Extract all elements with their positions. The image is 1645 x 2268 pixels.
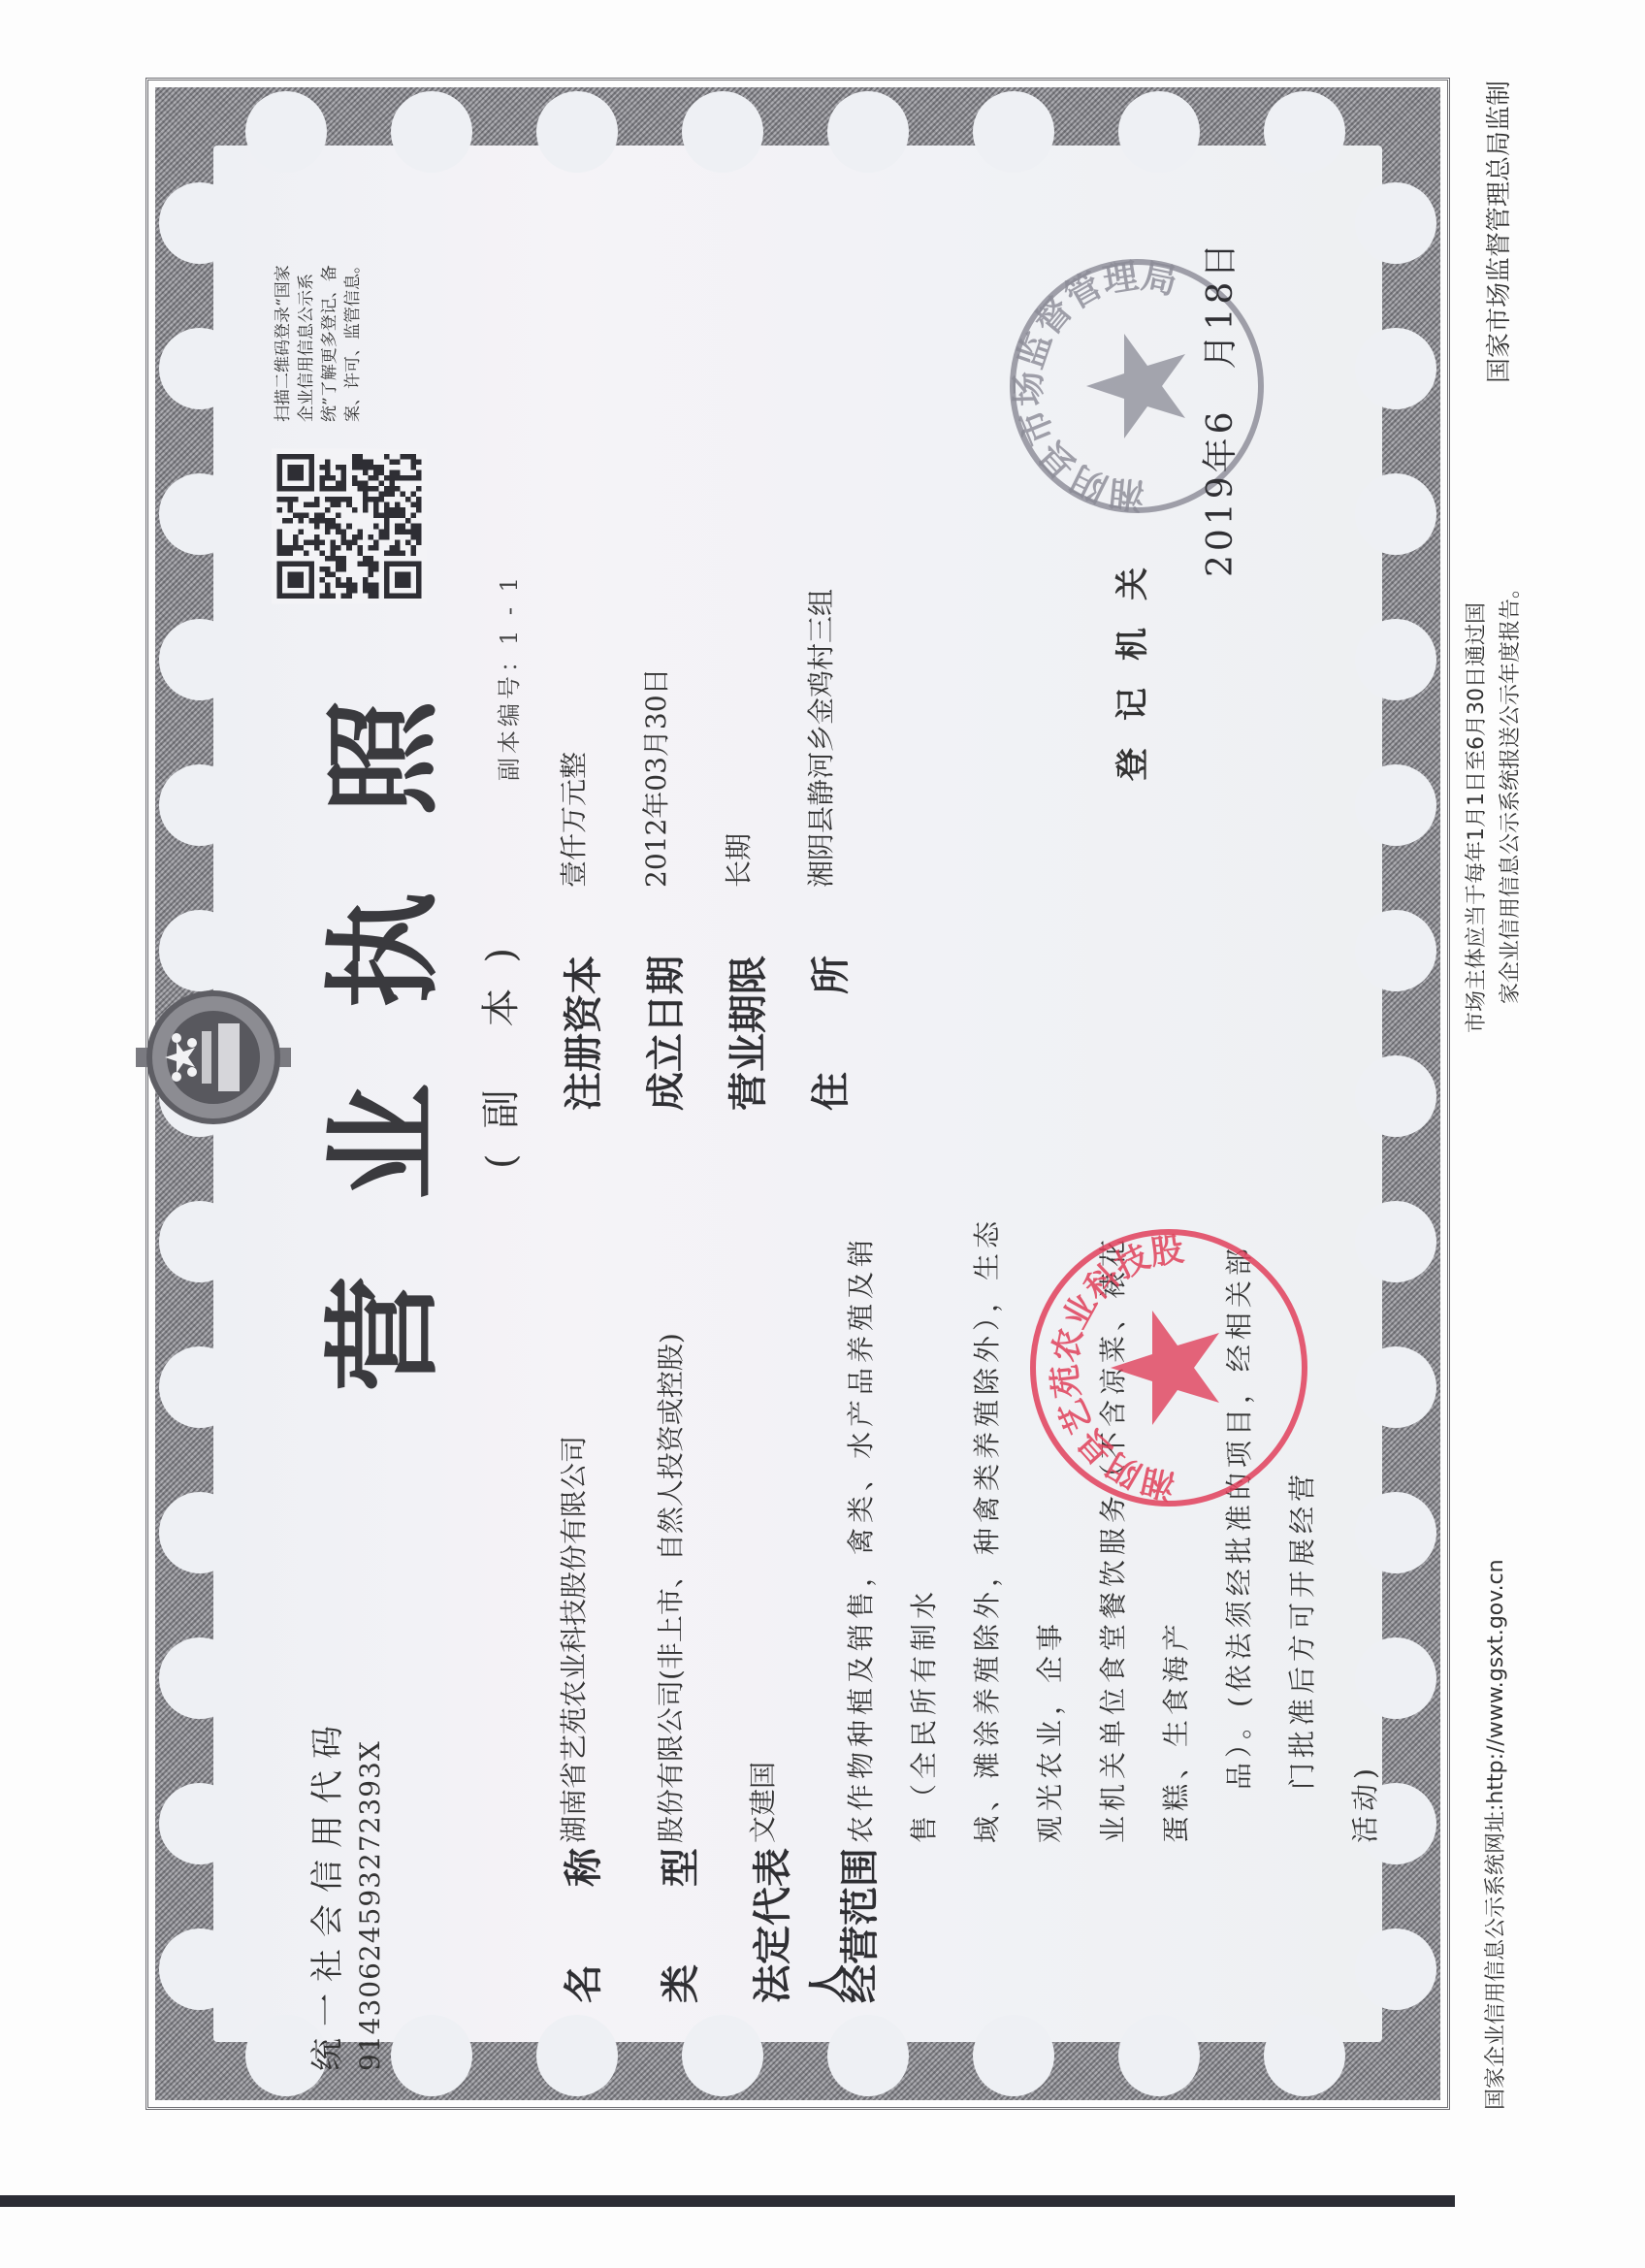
qr-code-icon[interactable] bbox=[272, 446, 427, 606]
credit-code-label: 统一社会信用代码 bbox=[301, 1714, 348, 2071]
business-license-certificate: 营业执照 (副 本) 副本编号：1 - 1 扫描二维码登录“国家企业信用信息公示… bbox=[145, 78, 1450, 2110]
registration-date: 2019年6 月18日 bbox=[1193, 240, 1242, 577]
field-address-label: 住 所 bbox=[800, 888, 855, 1111]
copy-number: 副本编号：1 - 1 bbox=[490, 573, 524, 781]
field-term-label: 营业期限 bbox=[718, 888, 773, 1111]
field-address-value: 湘阴县静河乡金鸡村三组 bbox=[800, 589, 843, 888]
field-established-label: 成立日期 bbox=[635, 888, 691, 1111]
field-type-value: 股份有限公司(非上市、自然人投资或控股) bbox=[650, 1333, 693, 1843]
field-scope: 经营范围 bbox=[829, 1843, 885, 2003]
field-type: 类 型 股份有限公司(非上市、自然人投资或控股) bbox=[650, 1333, 705, 2003]
scope-line: 活动) bbox=[1334, 1213, 1397, 1843]
scope-line: 农作物种植及销售，禽类、水产品养殖及销售（全民所有制水 bbox=[829, 1213, 955, 1843]
field-term: 营业期限 长期 bbox=[718, 833, 773, 1111]
field-type-label: 类 型 bbox=[650, 1843, 705, 2003]
field-established: 成立日期 2012年03月30日 bbox=[635, 667, 691, 1111]
qr-caption: 扫描二维码登录“国家企业信用信息公示系统”了解更多登记、备案、许可、监管信息。 bbox=[272, 257, 365, 422]
rotated-document: 营业执照 (副 本) 副本编号：1 - 1 扫描二维码登录“国家企业信用信息公示… bbox=[126, 34, 1552, 2149]
field-capital-label: 注册资本 bbox=[553, 888, 608, 1111]
license-title: 营业执照 bbox=[291, 624, 458, 1392]
field-name: 名 称 湖南省艺苑农业科技股份有限公司 bbox=[553, 1436, 608, 2003]
field-name-label: 名 称 bbox=[553, 1843, 608, 2003]
annual-report-notice-2: 家企业信用信息公示系统报送公示年度报告。 bbox=[1494, 577, 1524, 1004]
copy-number-label: 副本编号： bbox=[496, 645, 523, 781]
copy-number-value: 1 - 1 bbox=[496, 573, 523, 645]
field-address: 住 所 湘阴县静河乡金鸡村三组 bbox=[800, 589, 855, 1111]
field-scope-label: 经营范围 bbox=[829, 1843, 885, 2003]
license-subtitle: (副 本) bbox=[470, 923, 526, 1169]
annual-report-notice-1: 市场主体应当于每年1月1日至6月30日通过国 bbox=[1460, 602, 1490, 1033]
registration-authority-label: 登记机关 bbox=[1106, 540, 1153, 781]
website-notice: 国家企业信用信息公示系统网址:http://www.gsxt.gov.cn bbox=[1479, 1559, 1509, 2110]
scan-edge-rule bbox=[0, 2195, 1455, 2207]
field-capital: 注册资本 壹仟万元整 bbox=[553, 752, 608, 1111]
company-seal-icon: 湘阴县艺苑农业科技股份有限公司 bbox=[1018, 1217, 1319, 1518]
national-emblem-icon bbox=[136, 985, 291, 1130]
field-capital-value: 壹仟万元整 bbox=[553, 752, 596, 888]
field-term-value: 长期 bbox=[718, 833, 760, 888]
field-name-value: 湖南省艺苑农业科技股份有限公司 bbox=[553, 1436, 596, 1843]
field-established-value: 2012年03月30日 bbox=[635, 667, 678, 888]
issuer-notice: 国家市场监督管理总局监制 bbox=[1479, 81, 1515, 383]
field-legal-rep-value: 文建国 bbox=[742, 1762, 785, 1843]
credit-code-value: 91430624593272393X bbox=[354, 1740, 386, 2071]
